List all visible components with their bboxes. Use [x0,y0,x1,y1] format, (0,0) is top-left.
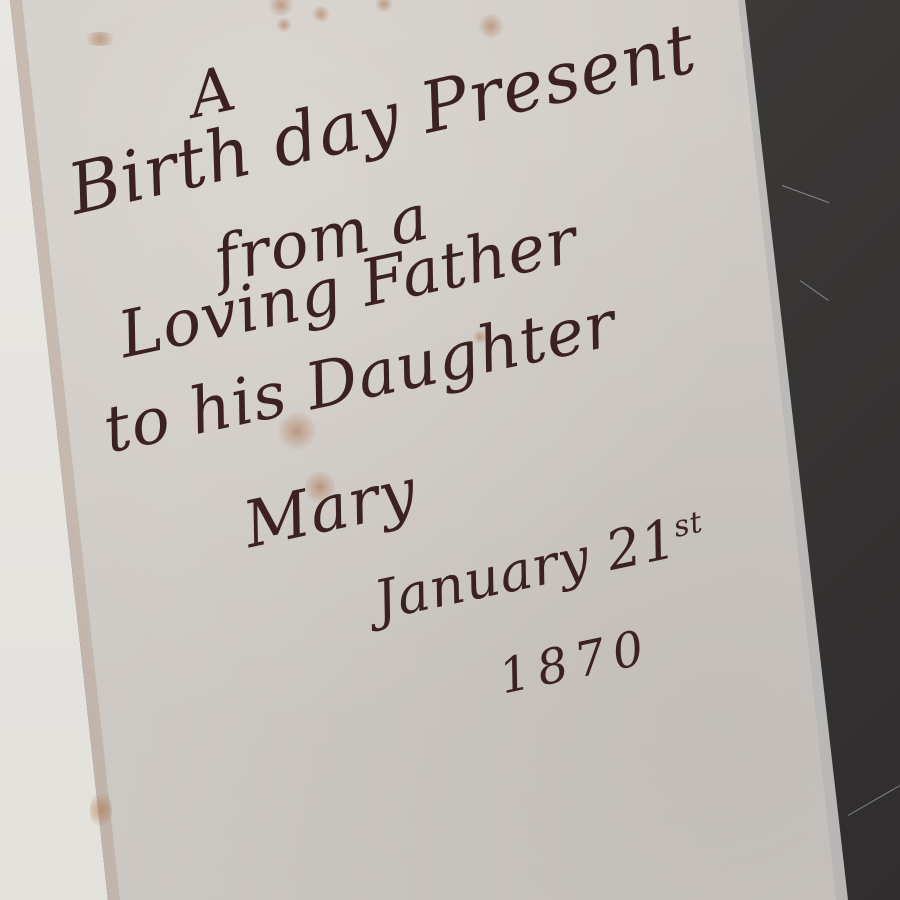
foxing-spot [473,330,487,344]
foxing-spot [278,412,316,450]
foxing-spot [312,6,330,22]
foxing-spot [90,790,112,830]
foxing-spot [478,14,504,38]
photo-scene: A Birth day Present from a Loving Father… [0,0,900,900]
background-scratch [800,280,829,301]
foxing-spot [82,32,118,46]
foxing-spot [305,470,335,504]
inscription-page [0,0,900,900]
background-scratch [782,185,829,203]
foxing-spot [276,18,292,32]
background-scratch [848,785,900,816]
